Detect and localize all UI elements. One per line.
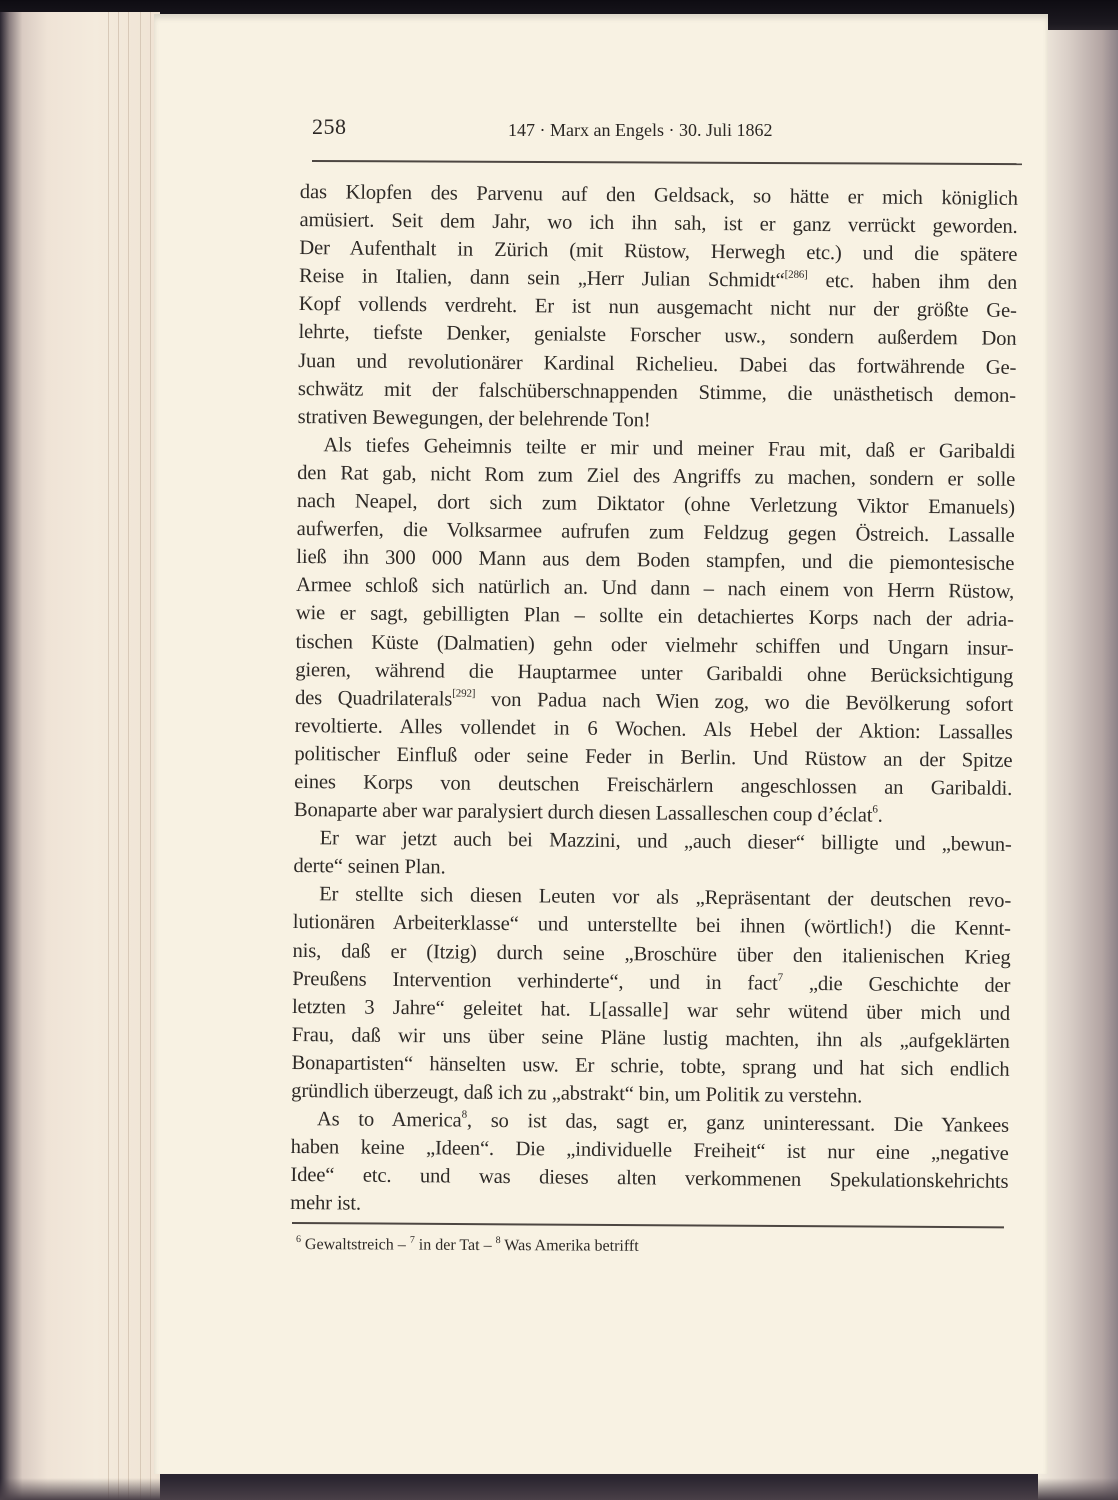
page-edge-line [140, 12, 141, 1500]
text-segment: , so ist das, sagt er, ganz uninteressan… [467, 1110, 1009, 1137]
gutter-shadow [1038, 30, 1118, 1500]
text-segment: „die Geschichte der [783, 972, 1011, 996]
editorial-reference: [286] [785, 269, 808, 281]
page-edge-line [118, 12, 119, 1500]
page-number: 258 [312, 114, 347, 140]
page-edge-line [150, 12, 151, 1500]
footnote-text: in der Tat – [415, 1237, 496, 1254]
running-head: 258 147 · Marx an Engels · 30. Juli 1862 [298, 112, 1020, 152]
footnote-text: Gewaltstreich – [301, 1236, 410, 1254]
text-segment: von Padua nach Wien zog, wo die Bevölker… [475, 688, 1013, 715]
text-segment: . [878, 805, 883, 827]
body-text: das Klopfen des Parvenu auf den Geldsack… [290, 178, 1018, 1224]
running-title: 147 · Marx an Engels · 30. Juli 1862 [508, 120, 772, 141]
text-segment: Reise in Italien, dann sein „Herr Julian… [299, 265, 785, 292]
footnote-6: 6 Gewaltstreich – [296, 1236, 410, 1254]
background-bottom [0, 1478, 1118, 1500]
text-segment: Bonaparte aber war paralysiert durch die… [294, 799, 873, 827]
page-stack-edges [0, 12, 160, 1500]
text-segment: etc. haben ihm den [808, 270, 1018, 294]
footnote-text: Was Amerika betrifft [501, 1237, 639, 1255]
page-edge-line [128, 12, 129, 1500]
footnote-7: 7 in der Tat – [410, 1237, 496, 1254]
text-segment: As to America [317, 1108, 462, 1131]
footnote-8: 8 Was Amerika betrifft [496, 1237, 639, 1255]
footnotes: 6 Gewaltstreich – 7 in der Tat – 8 Was A… [296, 1236, 639, 1256]
text-segment: Preußens Intervention verhinderte“, und … [292, 968, 778, 995]
editorial-reference: [292] [452, 687, 475, 699]
page-edge-line [108, 12, 109, 1500]
text-segment: des Quadrilaterals [295, 687, 452, 711]
